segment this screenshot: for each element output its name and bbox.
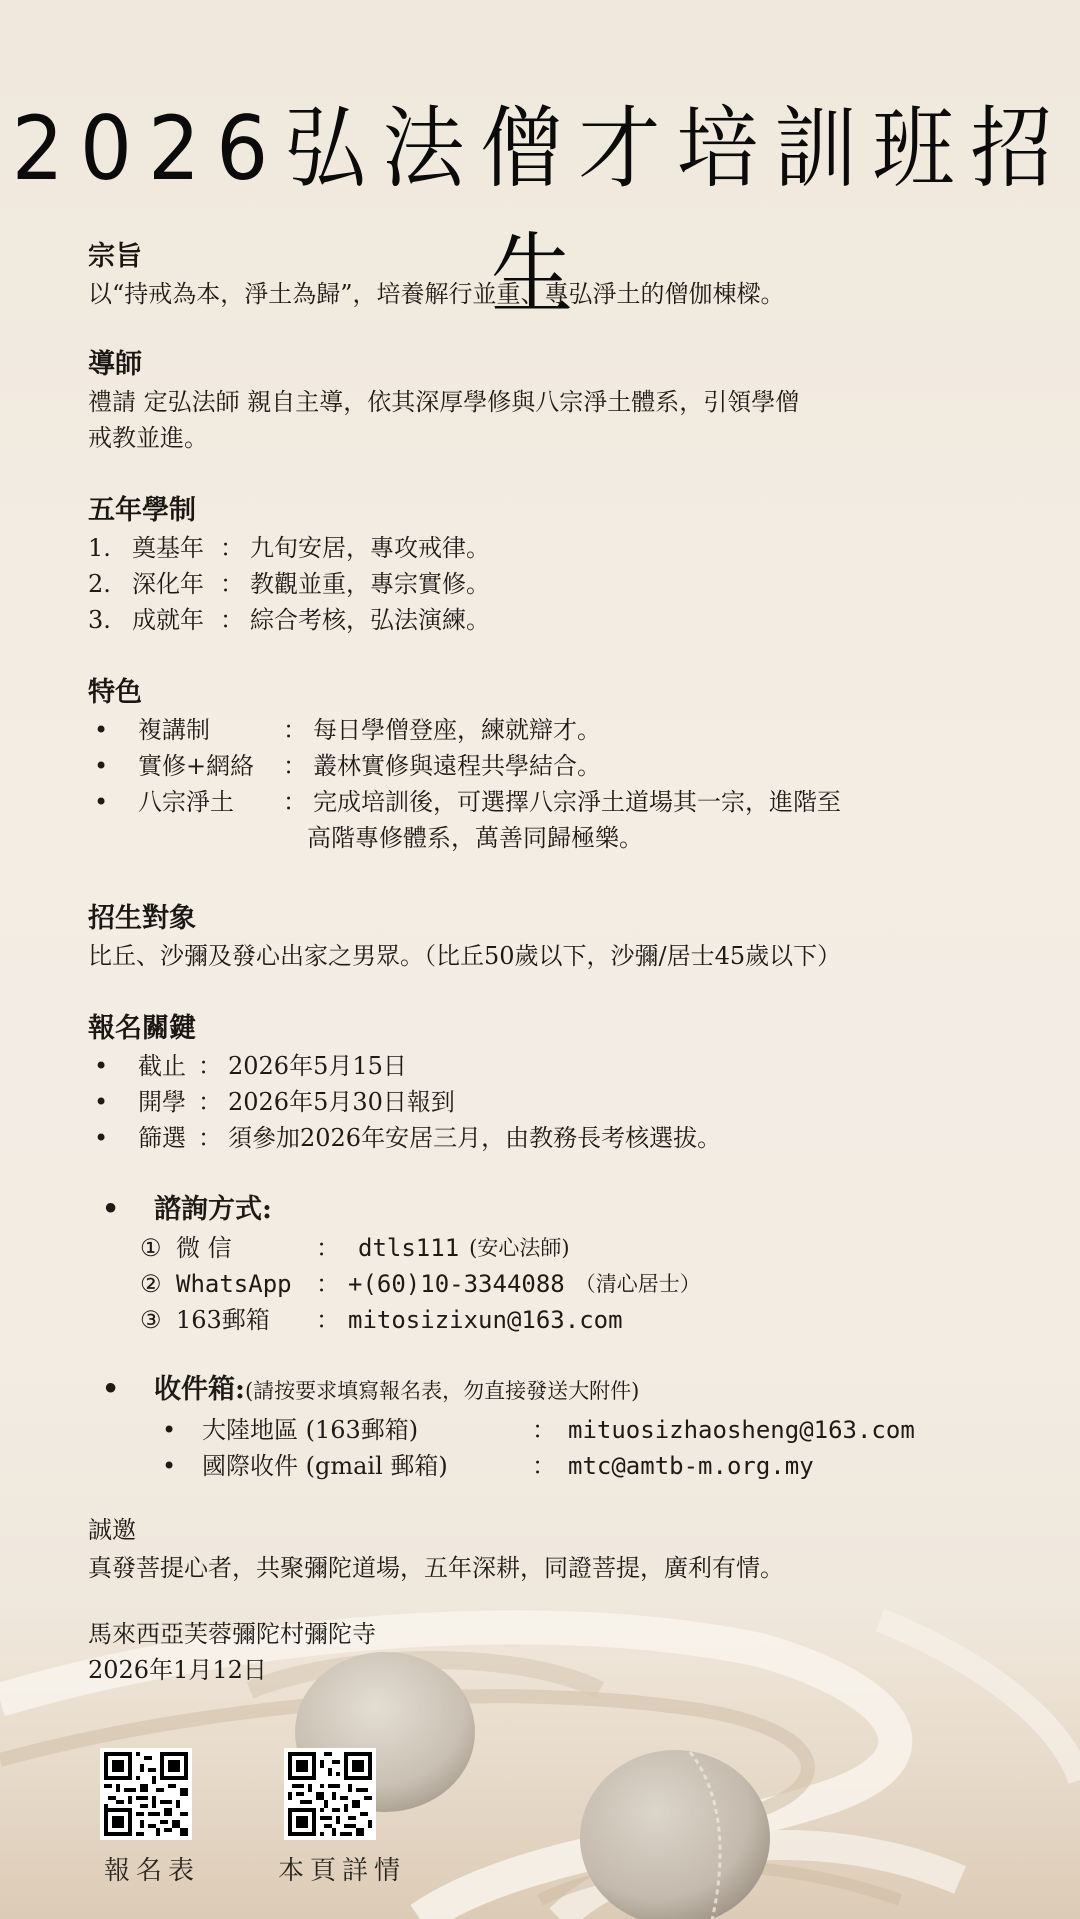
item-text: 教觀並重，專宗實修。 bbox=[250, 566, 490, 602]
qr-code-icon[interactable] bbox=[284, 1748, 376, 1840]
item-number: 2. bbox=[88, 566, 132, 602]
item-separator: ： bbox=[198, 1084, 228, 1120]
qr-label-page-details: 本頁詳情 bbox=[278, 1850, 406, 1887]
section-invitation: 誠邀 真發菩提心者，共聚彌陀道場，五年深耕，同證菩提，廣利有情。 bbox=[88, 1512, 1008, 1586]
item-text: 每日學僧登座，練就辯才。 bbox=[313, 712, 601, 748]
circled-number: ② bbox=[140, 1266, 176, 1302]
section-inquiry: • 諮詢方式: ① 微 信 ： dtls111 (安心法師) ② WhatsAp… bbox=[88, 1190, 1008, 1338]
contact-label: WhatsApp bbox=[176, 1266, 316, 1302]
inbox-separator: ： bbox=[532, 1448, 568, 1484]
section-heading: 報名關鍵 bbox=[88, 1010, 1008, 1048]
mentor-text-line2: 戒教並進。 bbox=[88, 420, 1008, 456]
item-text: 九旬安居，專攻戒律。 bbox=[250, 530, 490, 566]
bullet-icon: • bbox=[88, 784, 138, 820]
inbox-label: 大陸地區 (163郵箱) bbox=[202, 1412, 532, 1448]
section-mentor: 導師 禮請 定弘法師 親自主導，依其深厚學修與八宗淨土體系，引領學僧 戒教並進。 bbox=[88, 346, 1008, 456]
inbox-row-international: • 國際收件 (gmail 郵箱) ： mtc@amtb-m.org.my bbox=[88, 1448, 1008, 1484]
contact-label: 163郵箱 bbox=[176, 1302, 316, 1338]
circled-number: ③ bbox=[140, 1302, 176, 1338]
section-heading: 特色 bbox=[88, 674, 1008, 712]
section-heading: 招生對象 bbox=[88, 900, 1008, 938]
list-item-continuation: 高階專修體系，萬善同歸極樂。 bbox=[88, 820, 1008, 856]
item-text: 2026年5月30日報到 bbox=[228, 1084, 455, 1120]
item-label: 實修+網絡 bbox=[138, 748, 283, 784]
section-heading: 諮詢方式: bbox=[154, 1190, 272, 1230]
item-separator: ： bbox=[220, 530, 250, 566]
contact-note: （清心居士） bbox=[575, 1266, 701, 1302]
inbox-label: 國際收件 (gmail 郵箱) bbox=[202, 1448, 532, 1484]
circled-number: ① bbox=[140, 1230, 176, 1266]
invitation-heading: 誠邀 bbox=[88, 1512, 1008, 1548]
item-separator: ： bbox=[283, 748, 313, 784]
item-number: 3. bbox=[88, 602, 132, 638]
list-item: • 複講制 ： 每日學僧登座，練就辯才。 bbox=[88, 712, 1008, 748]
item-label: 成就年 bbox=[132, 602, 220, 638]
qr-label-registration-form: 報名表 bbox=[104, 1850, 200, 1887]
item-label: 深化年 bbox=[132, 566, 220, 602]
invitation-text: 真發菩提心者，共聚彌陀道場，五年深耕，同證菩提，廣利有情。 bbox=[88, 1550, 1008, 1586]
bullet-icon: • bbox=[88, 748, 138, 784]
section-inbox: • 收件箱: (請按要求填寫報名表，勿直接發送大附件) • 大陸地區 (163郵… bbox=[88, 1370, 1008, 1484]
international-email-link[interactable]: mtc@amtb-m.org.my bbox=[568, 1448, 814, 1484]
section-features: 特色 • 複講制 ： 每日學僧登座，練就辯才。 • 實修+網絡 ： 叢林實修與遠… bbox=[88, 674, 1008, 856]
bullet-icon: • bbox=[88, 1190, 154, 1230]
contact-note: (安心法師) bbox=[469, 1230, 569, 1266]
bullet-icon: • bbox=[88, 1084, 138, 1120]
item-label: 篩選 bbox=[138, 1120, 198, 1156]
qr-code-icon[interactable] bbox=[100, 1748, 192, 1840]
contact-label: 微 信 bbox=[176, 1230, 316, 1266]
list-item: • 實修+網絡 ： 叢林實修與遠程共學結合。 bbox=[88, 748, 1008, 784]
item-text: 須參加2026年安居三月，由教務長考核選拔。 bbox=[228, 1120, 721, 1156]
item-text: 綜合考核，弘法演練。 bbox=[250, 602, 490, 638]
inquiry-email-link[interactable]: mitosizixun@163.com bbox=[348, 1302, 623, 1338]
issue-date: 2026年1月12日 bbox=[88, 1652, 1008, 1688]
contact-row-wechat: ① 微 信 ： dtls111 (安心法師) bbox=[88, 1230, 1008, 1266]
item-separator: ： bbox=[283, 784, 313, 820]
eligibility-text: 比丘、沙彌及發心出家之男眾。（比丘50歲以下，沙彌/居士45歲以下） bbox=[88, 938, 1008, 974]
item-text: 2026年5月15日 bbox=[228, 1048, 407, 1084]
list-item: 3. 成就年 ： 綜合考核，弘法演練。 bbox=[88, 602, 1008, 638]
list-item: 1. 奠基年 ： 九旬安居，專攻戒律。 bbox=[88, 530, 1008, 566]
section-program: 五年學制 1. 奠基年 ： 九旬安居，專攻戒律。 2. 深化年 ： 教觀並重，專… bbox=[88, 492, 1008, 638]
list-item: 2. 深化年 ： 教觀並重，專宗實修。 bbox=[88, 566, 1008, 602]
section-heading: 導師 bbox=[88, 346, 1008, 384]
list-item: • 篩選 ： 須參加2026年安居三月，由教務長考核選拔。 bbox=[88, 1120, 1008, 1156]
list-item: • 八宗淨土 ： 完成培訓後，可選擇八宗淨土道場其一宗，進階至 bbox=[88, 784, 1008, 820]
contact-separator: ： bbox=[316, 1302, 348, 1338]
wechat-id[interactable]: dtls111 bbox=[358, 1230, 459, 1266]
bullet-icon: • bbox=[88, 1370, 154, 1412]
item-label: 截止 bbox=[138, 1048, 198, 1084]
section-purpose: 宗旨 以“持戒為本，淨土為歸”，培養解行並重、專弘淨土的僧伽棟樑。 bbox=[88, 238, 1008, 312]
section-heading: 五年學制 bbox=[88, 492, 1008, 530]
section-eligibility: 招生對象 比丘、沙彌及發心出家之男眾。（比丘50歲以下，沙彌/居士45歲以下） bbox=[88, 900, 1008, 974]
item-label: 奠基年 bbox=[132, 530, 220, 566]
item-text: 高階專修體系，萬善同歸極樂。 bbox=[307, 820, 643, 856]
item-text: 完成培訓後，可選擇八宗淨土道場其一宗，進階至 bbox=[313, 784, 841, 820]
bullet-icon: • bbox=[154, 1412, 202, 1448]
section-registration: 報名關鍵 • 截止 ： 2026年5月15日 • 開學 ： 2026年5月30日… bbox=[88, 1010, 1008, 1156]
list-item: • 開學 ： 2026年5月30日報到 bbox=[88, 1084, 1008, 1120]
recruitment-poster: 2026弘法僧才培訓班招生 宗旨 以“持戒為本，淨土為歸”，培養解行並重、專弘淨… bbox=[0, 0, 1080, 1919]
item-separator: ： bbox=[198, 1120, 228, 1156]
inbox-row-mainland: • 大陸地區 (163郵箱) ： mituosizhaosheng@163.co… bbox=[88, 1412, 1008, 1448]
item-number: 1. bbox=[88, 530, 132, 566]
item-label: 八宗淨土 bbox=[138, 784, 283, 820]
mainland-email-link[interactable]: mituosizhaosheng@163.com bbox=[568, 1412, 915, 1448]
item-label: 複講制 bbox=[138, 712, 283, 748]
item-separator: ： bbox=[220, 566, 250, 602]
whatsapp-number[interactable]: +(60)10-3344088 bbox=[348, 1266, 565, 1302]
inbox-separator: ： bbox=[532, 1412, 568, 1448]
contact-separator: ： bbox=[316, 1230, 348, 1266]
mentor-text-line1: 禮請 定弘法師 親自主導，依其深厚學修與八宗淨土體系，引領學僧 bbox=[88, 384, 1008, 420]
item-separator: ： bbox=[283, 712, 313, 748]
section-heading: 宗旨 bbox=[88, 238, 1008, 276]
item-separator: ： bbox=[198, 1048, 228, 1084]
list-item: • 截止 ： 2026年5月15日 bbox=[88, 1048, 1008, 1084]
bullet-icon: • bbox=[88, 1048, 138, 1084]
item-label: 開學 bbox=[138, 1084, 198, 1120]
bullet-icon: • bbox=[154, 1448, 202, 1484]
contact-row-email: ③ 163郵箱 ： mitosizixun@163.com bbox=[88, 1302, 1008, 1338]
item-text: 叢林實修與遠程共學結合。 bbox=[313, 748, 601, 784]
contact-separator: ： bbox=[316, 1266, 348, 1302]
inbox-note: (請按要求填寫報名表，勿直接發送大附件) bbox=[245, 1370, 639, 1412]
inbox-heading-row: • 收件箱: (請按要求填寫報名表，勿直接發送大附件) bbox=[88, 1370, 1008, 1412]
item-separator: ： bbox=[220, 602, 250, 638]
organization-name: 馬來西亞芙蓉彌陀村彌陀寺 bbox=[88, 1616, 1008, 1652]
section-heading: 收件箱: bbox=[154, 1370, 245, 1412]
footer: 馬來西亞芙蓉彌陀村彌陀寺 2026年1月12日 bbox=[88, 1616, 1008, 1688]
purpose-text: 以“持戒為本，淨土為歸”，培養解行並重、專弘淨土的僧伽棟樑。 bbox=[88, 276, 1008, 312]
inquiry-heading-row: • 諮詢方式: bbox=[88, 1190, 1008, 1230]
contact-row-whatsapp: ② WhatsApp ： +(60)10-3344088 （清心居士） bbox=[88, 1266, 1008, 1302]
bullet-icon: • bbox=[88, 712, 138, 748]
bullet-icon: • bbox=[88, 1120, 138, 1156]
